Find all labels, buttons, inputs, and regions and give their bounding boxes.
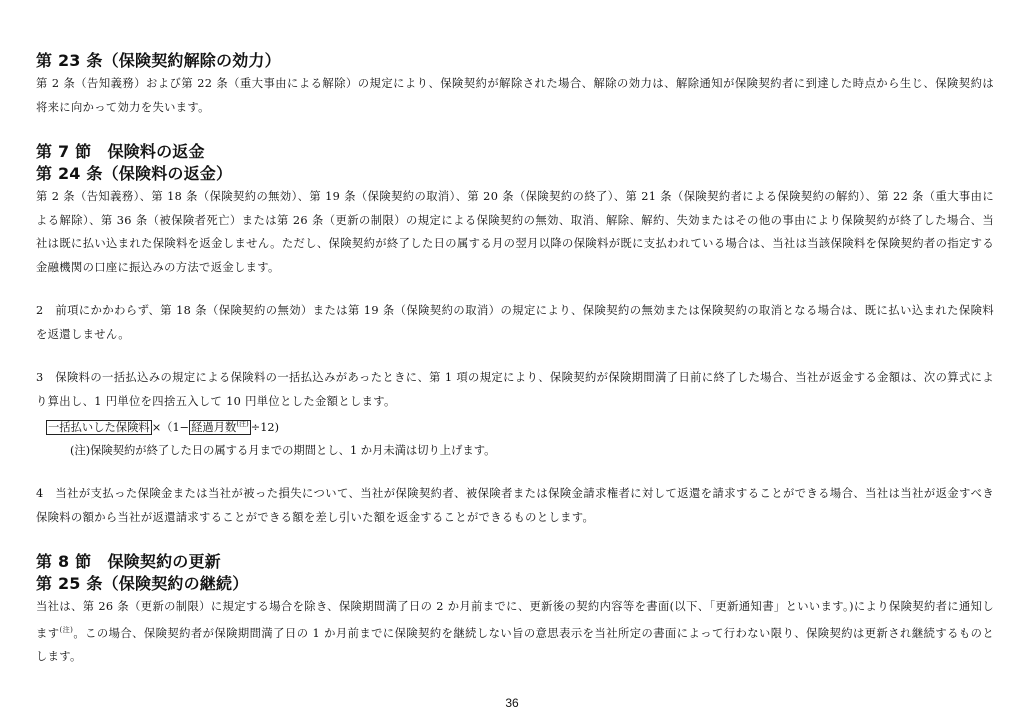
article-23-heading: 第 23 条（保険契約解除の効力）: [36, 50, 994, 72]
formula-tail: ÷12): [251, 421, 279, 434]
article-24-paragraph-1: 第 2 条（告知義務）、第 18 条（保険契約の無効）、第 19 条（保険契約の…: [36, 185, 994, 279]
article-24-heading: 第 24 条（保険料の返金）: [36, 163, 994, 185]
spacer: [36, 279, 994, 299]
formula-note: (注)保険契約が終了した日の属する月までの期間とし、1 か月未満は切り上げます。: [36, 439, 994, 462]
article-25-body: 当社は、第 26 条（更新の制限）に規定する場合を除き、保険期間満了日の 2 か…: [36, 595, 994, 669]
article-25-heading: 第 25 条（保険契約の継続）: [36, 573, 994, 595]
spacer: [36, 462, 994, 482]
spacer: [36, 119, 994, 141]
page-number: 36: [0, 696, 1024, 710]
formula-box-premium: 一括払いした保険料: [46, 420, 152, 435]
spacer: [36, 346, 994, 366]
article-24-paragraph-4: 4 当社が支払った保険金または当社が被った損失について、当社が保険契約者、被保険…: [36, 482, 994, 529]
article-25-note-mark: (注): [60, 626, 74, 634]
document-page: 第 23 条（保険契約解除の効力） 第 2 条（告知義務）および第 22 条（重…: [36, 50, 994, 669]
article-24-paragraph-3: 3 保険料の一括払込みの規定による保険料の一括払込みがあったときに、第 1 項の…: [36, 366, 994, 413]
refund-formula: 一括払いした保険料×（1−経過月数(注)÷12): [36, 413, 994, 439]
formula-note-mark: (注): [236, 420, 248, 428]
spacer: [36, 529, 994, 551]
formula-months-label: 経過月数: [191, 421, 236, 434]
formula-operator: ×（1−: [152, 421, 189, 434]
formula-box-months: 経過月数(注): [189, 420, 251, 435]
section-7-heading: 第 7 節 保険料の返金: [36, 141, 994, 163]
article-25-body-part2: 。この場合、保険契約者が保険期間満了日の 1 か月前までに保険契約を継続しない旨…: [36, 627, 994, 664]
article-23-body: 第 2 条（告知義務）および第 22 条（重大事由による解除）の規定により、保険…: [36, 72, 994, 119]
section-8-heading: 第 8 節 保険契約の更新: [36, 551, 994, 573]
article-24-paragraph-2: 2 前項にかかわらず、第 18 条（保険契約の無効）または第 19 条（保険契約…: [36, 299, 994, 346]
